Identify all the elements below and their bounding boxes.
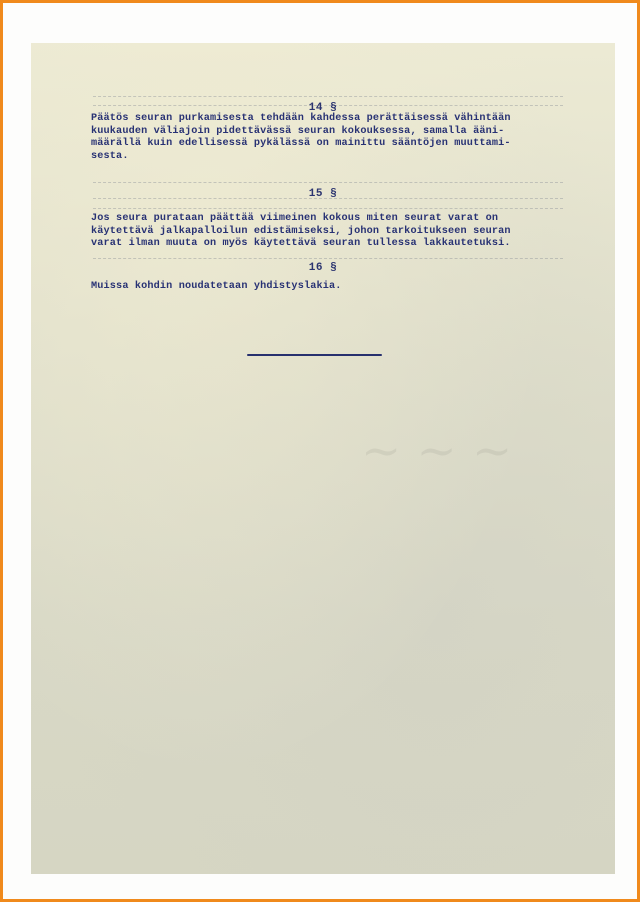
text-line: varat ilman muuta on myös käytettävä seu… <box>91 238 511 249</box>
ruled-line <box>93 182 563 183</box>
text-line: Muissa kohdin noudatetaan yhdistyslakia. <box>91 281 342 292</box>
watermark-script: ​~ ~ ~ <box>361 423 512 479</box>
text-line: kuukauden väliajoin pidettävässä seuran … <box>91 126 504 137</box>
page-frame: ​~ ~ ~ 14 § Päätös seuran purkamisesta t… <box>0 0 640 902</box>
watermark-block <box>201 533 215 563</box>
section-14-text: Päätös seuran purkamisesta tehdään kahde… <box>91 113 581 163</box>
ruled-line <box>93 258 563 259</box>
text-line: Päätös seuran purkamisesta tehdään kahde… <box>91 113 511 124</box>
text-line: määrällä kuin edellisessä pykälässä on m… <box>91 138 511 149</box>
scanned-document-page: ​~ ~ ~ 14 § Päätös seuran purkamisesta t… <box>31 43 615 874</box>
section-heading-15: 15 § <box>31 188 615 200</box>
text-line: sesta. <box>91 151 129 162</box>
section-15-text: Jos seura purataan päättää viimeinen kok… <box>91 213 581 251</box>
end-separator-line <box>247 354 382 356</box>
text-line: käytettävä jalkapalloilun edistämiseksi,… <box>91 226 511 237</box>
ruled-line <box>93 96 563 97</box>
ruled-line <box>93 208 563 209</box>
section-heading-16: 16 § <box>31 262 615 274</box>
text-line: Jos seura purataan päättää viimeinen kok… <box>91 213 498 224</box>
section-16-text: Muissa kohdin noudatetaan yhdistyslakia. <box>91 281 581 294</box>
